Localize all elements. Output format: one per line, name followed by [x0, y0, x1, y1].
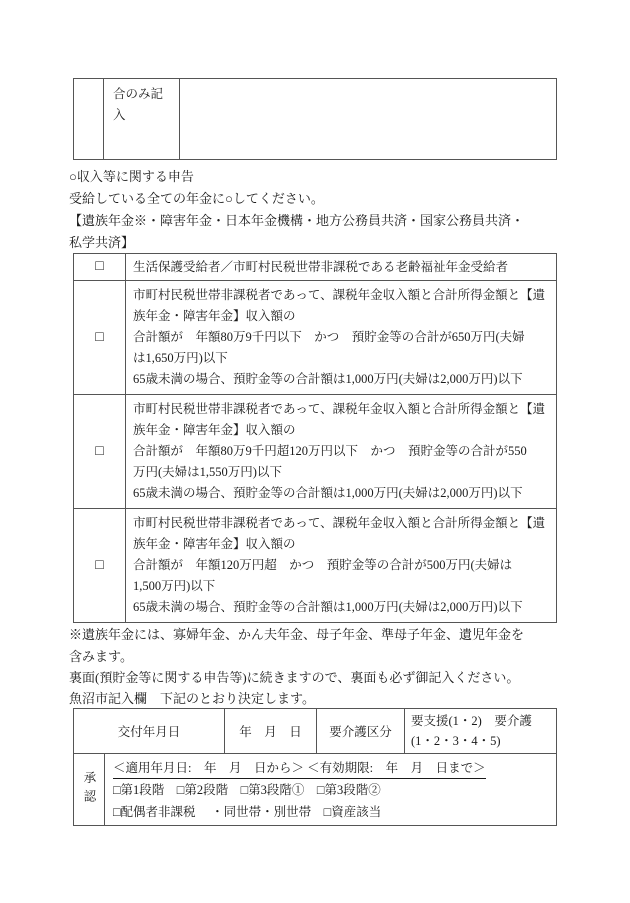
row-text-line: 族年金・障害年金】収入額の: [133, 534, 552, 555]
continuation-entry-cell[interactable]: [179, 79, 556, 159]
row-text-line: は1,650万円)以下: [133, 348, 552, 369]
checkbox[interactable]: □: [95, 331, 103, 345]
approval-row: 承認 ＜適用年月日: 年 月 日から＞ ＜有効期限: 年 月 日まで＞ □第1段…: [74, 753, 556, 825]
continuation-label-cell: 合のみ記入: [103, 79, 179, 159]
row-text-line: 合計額が 年額120万円超 かつ 預貯金等の合計が500万円(夫婦は: [133, 555, 552, 576]
row-text-line: 1,500万円)以下: [133, 576, 552, 597]
city-decision-table: 交付年月日 年 月 日 要介護区分 要支援(1・2) 要介護 (1・2・3・4・…: [73, 708, 557, 826]
row-checkbox-cell: □: [74, 281, 126, 394]
row-checkbox-cell: □: [74, 254, 126, 280]
row-text-line: 生活保護受給者／市町村民税世帯非課税である老齢福祉年金受給者: [133, 257, 552, 278]
table-row: □ 市町村民税世帯非課税者であって、課税年金収入額と合計所得金額と【遺 族年金・…: [74, 394, 556, 508]
row-text-cell: 生活保護受給者／市町村民税世帯非課税である老齢福祉年金受給者: [126, 254, 556, 280]
row-checkbox-cell: □: [74, 509, 126, 622]
table-row: □ 生活保護受給者／市町村民税世帯非課税である老齢福祉年金受給者: [74, 254, 556, 280]
checkbox[interactable]: □: [95, 445, 103, 459]
table-row: □ 市町村民税世帯非課税者であって、課税年金収入額と合計所得金額と【遺 族年金・…: [74, 280, 556, 394]
document-page: 合のみ記入 ○収入等に関する申告 受給している全ての年金に○してください。 【遺…: [0, 0, 630, 903]
stage-checkbox-line[interactable]: □第1段階 □第2段階 □第3段階① □第3段階②: [113, 779, 548, 801]
row-text-line: 合計額が 年額80万9千円以下 かつ 預貯金等の合計が650万円(夫婦: [133, 327, 552, 348]
care-level-options-line1: 要支援(1・2) 要介護: [411, 711, 550, 731]
issue-date-label: 交付年月日: [74, 709, 224, 753]
row-text-line: 合計額が 年額80万9千円超120万円以下 かつ 預貯金等の合計が550: [133, 441, 552, 462]
survivor-pension-note-line2: 含みます。: [69, 646, 133, 667]
backside-note: 裏面(預貯金等に関する申告等)に続きますので、裏面も必ず御記入ください。: [69, 667, 519, 688]
continuation-empty-cell: [74, 79, 103, 159]
pension-instruction: 受給している全ての年金に○してください。: [69, 188, 324, 209]
decision-header-row: 交付年月日 年 月 日 要介護区分 要支援(1・2) 要介護 (1・2・3・4・…: [74, 709, 556, 753]
row-text-cell: 市町村民税世帯非課税者であって、課税年金収入額と合計所得金額と【遺 族年金・障害…: [126, 509, 556, 622]
row-text-cell: 市町村民税世帯非課税者であって、課税年金収入額と合計所得金額と【遺 族年金・障害…: [126, 395, 556, 508]
income-category-table: □ 生活保護受給者／市町村民税世帯非課税である老齢福祉年金受給者 □ 市町村民税…: [73, 253, 557, 623]
row-text-line: 65歳未満の場合、預貯金等の合計額は1,000万円(夫婦は2,000万円)以下: [133, 369, 552, 390]
issue-date-field[interactable]: 年 月 日: [224, 709, 316, 753]
table-row: □ 市町村民税世帯非課税者であって、課税年金収入額と合計所得金額と【遺 族年金・…: [74, 508, 556, 622]
checkbox[interactable]: □: [95, 260, 103, 274]
row-text-line: 万円(夫婦は1,550万円)以下: [133, 462, 552, 483]
pension-types-line1: 【遺族年金※・障害年金・日本年金機構・地方公務員共済・国家公務員共済・: [69, 210, 524, 231]
approval-detail-cell: ＜適用年月日: 年 月 日から＞ ＜有効期限: 年 月 日まで＞ □第1段階 □…: [104, 754, 556, 825]
validity-period-line: ＜適用年月日: 年 月 日から＞ ＜有効期限: 年 月 日まで＞: [113, 757, 548, 779]
row-text-line: 族年金・障害年金】収入額の: [133, 306, 552, 327]
validity-period-text: ＜適用年月日: 年 月 日から＞ ＜有効期限: 年 月 日まで＞: [113, 758, 486, 779]
row-text-line: 市町村民税世帯非課税者であって、課税年金収入額と合計所得金額と【遺: [133, 513, 552, 534]
row-text-line: 市町村民税世帯非課税者であって、課税年金収入額と合計所得金額と【遺: [133, 399, 552, 420]
care-level-options-line2: (1・2・3・4・5): [411, 731, 550, 751]
row-checkbox-cell: □: [74, 395, 126, 508]
survivor-pension-note-line1: ※遺族年金には、寡婦年金、かん夫年金、母子年金、準母子年金、遺児年金を: [69, 624, 524, 645]
care-level-options[interactable]: 要支援(1・2) 要介護 (1・2・3・4・5): [404, 709, 556, 753]
pension-types-line2: 私学共済】: [69, 232, 134, 253]
approval-label: 承認: [74, 754, 104, 825]
checkbox[interactable]: □: [95, 559, 103, 573]
income-declaration-heading: ○収入等に関する申告: [69, 166, 194, 187]
row-text-line: 族年金・障害年金】収入額の: [133, 420, 552, 441]
row-text-line: 65歳未満の場合、預貯金等の合計額は1,000万円(夫婦は2,000万円)以下: [133, 597, 552, 618]
spouse-checkbox-line[interactable]: □配偶者非課税 ・同世帯・別世帯 □資産該当: [113, 801, 548, 823]
row-text-line: 65歳未満の場合、預貯金等の合計額は1,000万円(夫婦は2,000万円)以下: [133, 483, 552, 504]
continuation-table: 合のみ記入: [73, 78, 557, 160]
city-entry-note: 魚沼市記入欄 下記のとおり決定します。: [69, 688, 315, 709]
care-level-label: 要介護区分: [316, 709, 404, 753]
row-text-line: 市町村民税世帯非課税者であって、課税年金収入額と合計所得金額と【遺: [133, 285, 552, 306]
row-text-cell: 市町村民税世帯非課税者であって、課税年金収入額と合計所得金額と【遺 族年金・障害…: [126, 281, 556, 394]
